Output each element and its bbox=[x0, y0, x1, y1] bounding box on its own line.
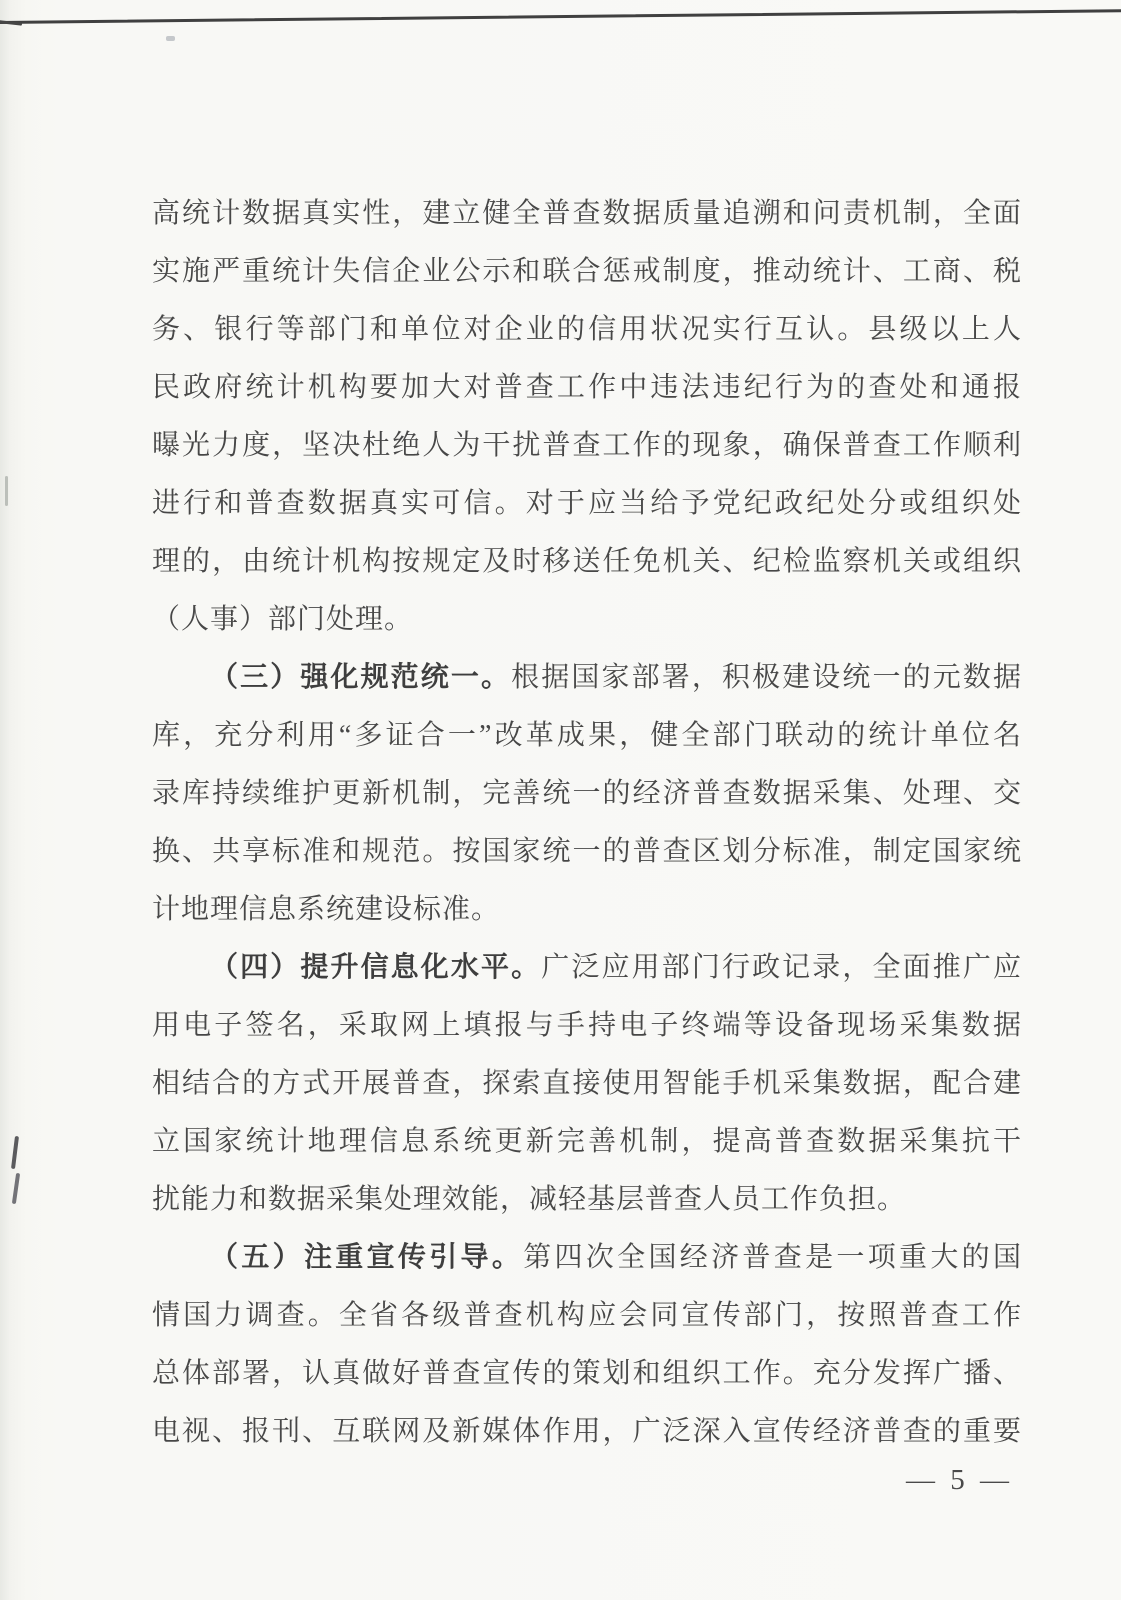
text-line: 库，充分利用“多证合一”改革成果，健全部门联动的统计单位名 bbox=[152, 707, 1022, 765]
text-line: 立国家统计地理信息系统更新完善机制，提高普查数据采集抗干 bbox=[152, 1113, 1022, 1171]
text-line: 总体部署，认真做好普查宣传的策划和组织工作。充分发挥广播、 bbox=[152, 1345, 1022, 1403]
text-line: 高统计数据真实性，建立健全普查数据质量追溯和问责机制，全面 bbox=[152, 185, 1022, 243]
text-line: 换、共享标准和规范。按国家统一的普查区划分标准，制定国家统 bbox=[152, 823, 1022, 881]
paragraph: （五）注重宣传引导。第四次全国经济普查是一项重大的国情国力调查。全省各级普查机构… bbox=[152, 1229, 1022, 1461]
text-line: （人事）部门处理。 bbox=[152, 591, 1022, 649]
binding-mark bbox=[11, 1136, 19, 1169]
paragraph: （三）强化规范统一。根据国家部署，积极建设统一的元数据库，充分利用“多证合一”改… bbox=[152, 649, 1022, 939]
text-line: （五）注重宣传引导。第四次全国经济普查是一项重大的国 bbox=[152, 1229, 1022, 1287]
text-line: 计地理信息系统建设标准。 bbox=[152, 881, 1022, 939]
text-line: 理的，由统计机构按规定及时移送任免机关、纪检监察机关或组织 bbox=[152, 533, 1022, 591]
text-line: （四）提升信息化水平。广泛应用部门行政记录，全面推广应 bbox=[152, 939, 1022, 997]
text-line: 民政府统计机构要加大对普查工作中违法违纪行为的查处和通报 bbox=[152, 359, 1022, 417]
section-heading: （五）注重宣传引导。 bbox=[210, 1242, 523, 1273]
paragraph: （四）提升信息化水平。广泛应用部门行政记录，全面推广应用电子签名，采取网上填报与… bbox=[152, 939, 1022, 1229]
scan-speck bbox=[166, 36, 175, 41]
paragraph: 高统计数据真实性，建立健全普查数据质量追溯和问责机制，全面实施严重统计失信企业公… bbox=[152, 185, 1022, 649]
text-line: 录库持续维护更新机制，完善统一的经济普查数据采集、处理、交 bbox=[152, 765, 1022, 823]
text-line: 曝光力度，坚决杜绝人为干扰普查工作的现象，确保普查工作顺利 bbox=[152, 417, 1022, 475]
section-heading: （三）强化规范统一。 bbox=[210, 662, 511, 693]
document-body: 高统计数据真实性，建立健全普查数据质量追溯和问责机制，全面实施严重统计失信企业公… bbox=[152, 185, 1022, 1461]
text-line: 相结合的方式开展普查，探索直接使用智能手机采集数据，配合建 bbox=[152, 1055, 1022, 1113]
section-heading: （四）提升信息化水平。 bbox=[210, 952, 541, 983]
text-line: （三）强化规范统一。根据国家部署，积极建设统一的元数据 bbox=[152, 649, 1022, 707]
left-edge-smudge bbox=[5, 476, 8, 506]
document-page: 高统计数据真实性，建立健全普查数据质量追溯和问责机制，全面实施严重统计失信企业公… bbox=[0, 0, 1121, 1600]
text-line: 用电子签名，采取网上填报与手持电子终端等设备现场采集数据 bbox=[152, 997, 1022, 1055]
binding-mark bbox=[12, 1173, 20, 1204]
text-line: 务、银行等部门和单位对企业的信用状况实行互认。县级以上人 bbox=[152, 301, 1022, 359]
page-number: — 5 — bbox=[906, 1460, 1046, 1500]
text-line: 电视、报刊、互联网及新媒体作用，广泛深入宣传经济普查的重要 bbox=[152, 1403, 1022, 1461]
scan-edge-line bbox=[0, 9, 1121, 24]
text-line: 情国力调查。全省各级普查机构应会同宣传部门，按照普查工作 bbox=[152, 1287, 1022, 1345]
text-line: 扰能力和数据采集处理效能，减轻基层普查人员工作负担。 bbox=[152, 1171, 1022, 1229]
text-line: 实施严重统计失信企业公示和联合惩戒制度，推动统计、工商、税 bbox=[152, 243, 1022, 301]
text-line: 进行和普查数据真实可信。对于应当给予党纪政纪处分或组织处 bbox=[152, 475, 1022, 533]
